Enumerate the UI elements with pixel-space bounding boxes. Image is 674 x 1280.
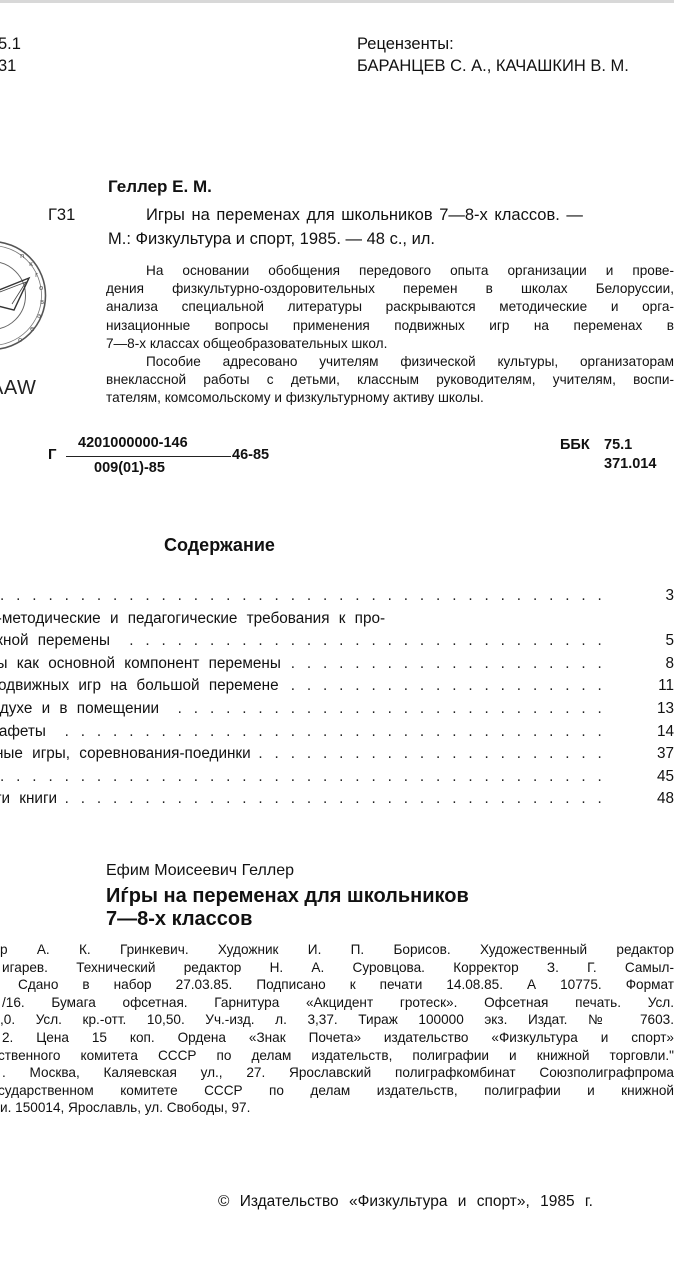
- toc-entry-page: 8: [634, 653, 674, 676]
- bbk-label: ББК: [560, 437, 590, 453]
- abstract-paragraph-2: Пособие адресовано учителям физической к…: [106, 353, 674, 408]
- toc-leader-dots: ........................................…: [0, 766, 604, 789]
- toc-entry: ю подвижной перемены....................…: [0, 630, 674, 653]
- imprint-line: игарев. Технический редактор Н. А. Суров…: [0, 959, 674, 977]
- card-title-line1: Игры на переменах для школьников 7—8-х к…: [146, 205, 583, 226]
- toc-entry: омогут эти книги........................…: [0, 788, 674, 811]
- imprint-line: и. 150014, Ярославль, ул. Свободы, 97.: [0, 1099, 674, 1117]
- imprint-line: р А. К. Гринкевич. Художник И. П. Борисо…: [0, 941, 674, 959]
- svg-text:в: в: [40, 298, 44, 306]
- colophon-title-line2: 7—8-х классов: [106, 908, 252, 931]
- stamp-label: AAW: [0, 377, 36, 400]
- abstract-line: низационные вопросы применения подвижных…: [106, 317, 674, 335]
- fraction-line: [66, 456, 231, 457]
- toc-leader-dots: ........................................…: [0, 585, 604, 608]
- svg-text:n: n: [20, 252, 24, 260]
- abstract-line: 7—8-х классах общеобразовательных школ.: [106, 335, 674, 353]
- toc-entry-page: 45: [634, 766, 674, 789]
- toc-heading: Содержание: [164, 535, 275, 556]
- classification-numerator: 4201000000-146: [78, 435, 188, 451]
- copyright: © Издательство «Физкультура и спорт», 19…: [218, 1193, 593, 1211]
- toc-entry-title: ры и эстафеты: [0, 721, 54, 744]
- card-title-line2: М.: Физкультура и спорт, 1985. — 48 с., …: [108, 229, 435, 250]
- toc-leader-dots: ........................................…: [0, 721, 604, 744]
- toc-entry-page: 13: [634, 698, 674, 721]
- toc-entry-page: 11: [634, 675, 674, 698]
- svg-text:e: e: [30, 325, 34, 333]
- imprint-line: Сдано в набор 27.03.85. Подписано к печа…: [0, 976, 674, 994]
- toc-entry-title: ежем воздухе и в помещении: [0, 698, 167, 721]
- abstract-line: внеклассной работы с детьми, классным ру…: [106, 371, 674, 389]
- abstract: На основании обобщения передового опыта …: [106, 262, 674, 408]
- toc-entry-title: кные игры как основной компонент перемен…: [0, 653, 289, 676]
- imprint-line: ственного комитета СССР по делам издател…: [0, 1047, 674, 1065]
- abstract-line: дения физкультурно-оздоровительных перем…: [106, 280, 674, 298]
- colophon-author: Ефим Моисеевич Геллер: [106, 862, 294, 880]
- svg-text:a: a: [37, 312, 41, 320]
- card-author: Геллер Е. М.: [108, 177, 212, 197]
- toc-entry: ежем воздухе и в помещении..............…: [0, 698, 674, 721]
- table-of-contents: тора....................................…: [0, 585, 674, 811]
- card-code: Г31: [48, 205, 75, 226]
- svg-text:o: o: [18, 336, 22, 344]
- toc-entry-title: зационно-методические и педагогические т…: [0, 608, 393, 631]
- toc-entry: тора....................................…: [0, 585, 674, 608]
- toc-entry-title: тракционные игры, соревнования-поединки: [0, 743, 259, 766]
- toc-entry: зационно-методические и педагогические т…: [0, 608, 674, 631]
- toc-entry-title: омогут эти книги: [0, 788, 65, 811]
- toc-entry: кные игры как основной компонент перемен…: [0, 653, 674, 676]
- toc-entry-page: 37: [634, 743, 674, 766]
- bbk-code-1: 75.1: [604, 437, 632, 453]
- abstract-line: тателям, комсомольскому и физкультурному…: [106, 389, 674, 407]
- abstract-paragraph-1: На основании обобщения передового опыта …: [106, 262, 674, 353]
- toc-entry-title: ю подвижной перемены: [0, 630, 118, 653]
- bbk-code-2: 371.014: [604, 456, 656, 472]
- imprint-line: . Москва, Каляевская ул., 27. Ярославски…: [0, 1064, 674, 1082]
- toc-entry: ование подвижных игр на большой перемене…: [0, 675, 674, 698]
- abstract-line: На основании обобщения передового опыта …: [106, 262, 674, 280]
- classification-letter: Г: [48, 446, 57, 463]
- toc-entry-page: 5: [634, 630, 674, 653]
- abstract-line: Пособие адресовано учителям физической к…: [106, 353, 674, 371]
- toc-entry: тракционные игры, соревнования-поединки.…: [0, 743, 674, 766]
- classification-denominator: 009(01)-85: [94, 460, 165, 476]
- reviewers-names: БАРАНЦЕВ С. А., КАЧАШКИН В. М.: [357, 56, 629, 77]
- reviewers-label: Рецензенты:: [357, 34, 454, 55]
- classification-left-2: 31: [0, 56, 16, 77]
- svg-text:r: r: [35, 271, 38, 279]
- imprint-line: /16. Бумага офсетная. Гарнитура «Акциден…: [0, 994, 674, 1012]
- toc-entry-page: 3: [634, 585, 674, 608]
- toc-entry-page: 14: [634, 721, 674, 744]
- colophon-title-line1: Иѓры на переменах для школьников: [106, 885, 469, 908]
- library-stamp-icon: n к r o в a e o: [0, 238, 49, 353]
- classification-suffix: 46-85: [232, 447, 269, 463]
- classification-left-1: 5.1: [0, 34, 21, 55]
- imprint-line: 2. Цена 15 коп. Ордена «Знак Почета» изд…: [0, 1029, 674, 1047]
- toc-entry: ры и эстафеты...........................…: [0, 721, 674, 744]
- imprint-line: ,0. Усл. кр.-отт. 10,50. Уч.-изд. л. 3,3…: [0, 1011, 674, 1029]
- svg-text:к: к: [29, 260, 33, 268]
- imprint-line: сударственном комитете СССР по делам изд…: [0, 1082, 674, 1100]
- top-edge: [0, 0, 674, 3]
- abstract-line: анализа специальной литературы раскрываю…: [106, 298, 674, 316]
- imprint: р А. К. Гринкевич. Художник И. П. Борисо…: [0, 941, 674, 1117]
- toc-entry-title: ование подвижных игр на большой перемене: [0, 675, 287, 698]
- toc-entry: кения...................................…: [0, 766, 674, 789]
- svg-text:o: o: [39, 284, 43, 292]
- toc-leader-dots: ........................................…: [0, 788, 604, 811]
- toc-entry-page: 48: [634, 788, 674, 811]
